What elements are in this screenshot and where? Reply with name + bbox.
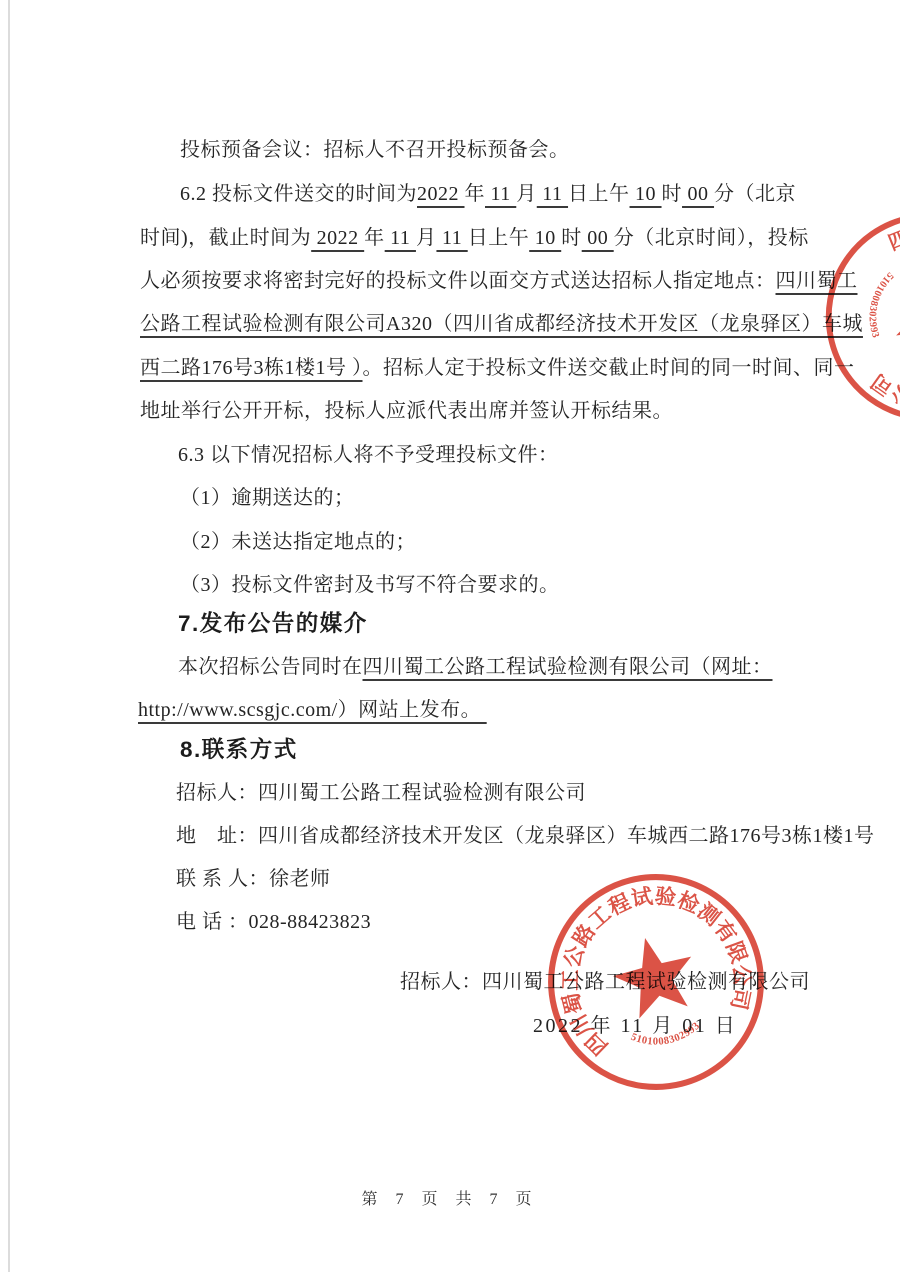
- line-announcement-website-2: http://www.scsgjc.com/）网站上发布。: [138, 696, 487, 724]
- text-segment: 月: [516, 183, 537, 205]
- text-segment: 分（北京: [714, 183, 796, 205]
- text-segment: 电 话 ：028-88423823: [176, 911, 371, 933]
- text-segment: （3）投标文件密封及书写不符合要求的。: [180, 574, 560, 596]
- line-6-2-delivery-place-2: 公路工程试验检测有限公司A320（四川省成都经济技术开发区（龙泉驿区）车城: [140, 310, 863, 338]
- text-segment: 投标预备会议：招标人不召开投标预备会。: [180, 139, 570, 161]
- line-6-2-open-bid: 地址举行公开开标，投标人应派代表出席并签认开标结果。: [140, 397, 673, 425]
- stamp-serial-number: 5101008302993: [862, 267, 897, 342]
- text-segment: 6.2 投标文件送交的时间为: [180, 183, 417, 205]
- line-item-2-wrong-place: （2）未送达指定地点的；: [180, 528, 416, 556]
- text-segment: （1）逾期送达的；: [180, 487, 355, 509]
- line-item-1-overdue: （1）逾期送达的；: [180, 484, 355, 512]
- signature-date-line: 2022 年 11 月 01 日: [533, 1012, 737, 1040]
- underlined-blank: http://www.scsgjc.com/）网站上发布。: [138, 699, 487, 721]
- underlined-blank: 西二路176号3栋1楼1号 ）: [140, 357, 363, 379]
- line-item-3-bad-seal: （3）投标文件密封及书写不符合要求的。: [180, 571, 560, 599]
- scan-edge-line: [8, 0, 10, 1272]
- text-segment: 日上午: [468, 227, 530, 249]
- line-6-3-rejection-intro: 6.3 以下情况招标人将不予受理投标文件：: [178, 441, 559, 469]
- underlined-blank: 10: [529, 227, 561, 249]
- document-page: 投标预备会议：招标人不召开投标预备会。 6.2 投标文件送交的时间为2022 年…: [0, 0, 900, 1272]
- line-6-2-delivery-place-3: 西二路176号3栋1楼1号 ）。招标人定于投标文件送交截止时间的同一时间、同一: [140, 354, 855, 382]
- text-segment: 地 址：四川省成都经济技术开发区（龙泉驿区）车城西二路176号3栋1楼1号: [176, 825, 875, 847]
- signature-tenderer-line: 招标人：四川蜀工公路工程试验检测有限公司: [400, 968, 810, 996]
- text-segment: 年: [364, 227, 385, 249]
- underlined-blank: 10: [630, 183, 662, 205]
- text-segment: 日上午: [568, 183, 630, 205]
- text-segment: 月: [416, 227, 437, 249]
- underlined-blank: 11: [537, 183, 568, 205]
- heading-section-7-media: 7.发布公告的媒介: [178, 610, 368, 638]
- svg-text:5101008302993: 5101008302993: [862, 267, 897, 342]
- text-segment: 招标人：四川蜀工公路工程试验检测有限公司: [400, 971, 810, 993]
- text-segment: （2）未送达指定地点的；: [180, 531, 416, 553]
- underlined-blank: 11: [385, 227, 416, 249]
- text-segment: 分（北京时间），投标: [614, 227, 809, 249]
- text-segment: 本次招标公告同时在: [178, 656, 363, 678]
- line-6-2-submission-time-1: 6.2 投标文件送交的时间为2022 年 11 月 11 日上午 10 时 00…: [180, 180, 796, 208]
- text-segment: 7.发布公告的媒介: [178, 611, 368, 636]
- line-contact-address: 地 址：四川省成都经济技术开发区（龙泉驿区）车城西二路176号3栋1楼1号: [176, 822, 875, 850]
- line-contact-tenderer: 招标人：四川蜀工公路工程试验检测有限公司: [176, 779, 586, 807]
- line-6-2-delivery-place-1: 人必须按要求将密封完好的投标文件以面交方式送达招标人指定地点：四川蜀工: [140, 267, 858, 295]
- underlined-blank: 公路工程试验检测有限公司A320（四川省成都经济技术开发区（龙泉驿区）车城: [140, 313, 863, 335]
- underlined-blank: 11: [485, 183, 516, 205]
- text-segment: 人必须按要求将密封完好的投标文件以面交方式送达招标人指定地点：: [140, 270, 776, 292]
- underlined-blank: 四川蜀工公路工程试验检测有限公司（网址：: [363, 656, 773, 678]
- text-segment: 8.联系方式: [180, 737, 298, 762]
- line-6-2-submission-time-2: 时间)，截止时间为 2022 年 11 月 11 日上午 10 时 00 分（北…: [140, 224, 809, 252]
- line-contact-phone: 电 话 ：028-88423823: [176, 908, 371, 936]
- text-segment: 地址举行公开开标，投标人应派代表出席并签认开标结果。: [140, 400, 673, 422]
- text-segment: 年: [465, 183, 486, 205]
- text-segment: 2022 年 11 月 01 日: [533, 1015, 737, 1037]
- underlined-blank: 2022: [311, 227, 364, 249]
- underlined-blank: 00: [682, 183, 714, 205]
- text-segment: 联 系 人：徐老师: [176, 868, 331, 890]
- text-segment: 时: [662, 183, 683, 205]
- line-bid-preparatory-meeting: 投标预备会议：招标人不召开投标预备会。: [180, 136, 570, 164]
- line-announcement-website-1: 本次招标公告同时在四川蜀工公路工程试验检测有限公司（网址：: [178, 653, 773, 681]
- footer-page-number: 第 7 页 共 7 页: [0, 1186, 900, 1209]
- text-segment: 时间)，截止时间为: [140, 227, 311, 249]
- text-segment: 6.3 以下情况招标人将不予受理投标文件：: [178, 444, 559, 466]
- underlined-blank: 2022: [417, 183, 465, 205]
- line-contact-person: 联 系 人：徐老师: [176, 865, 331, 893]
- text-segment: 时: [561, 227, 582, 249]
- underlined-blank: 四川蜀工: [776, 270, 858, 292]
- text-segment: 招标人：四川蜀工公路工程试验检测有限公司: [176, 782, 586, 804]
- underlined-blank: 11: [436, 227, 467, 249]
- heading-section-8-contact: 8.联系方式: [180, 736, 298, 764]
- underlined-blank: 00: [582, 227, 614, 249]
- star-icon: [894, 273, 900, 362]
- text-segment: 。招标人定于投标文件送交截止时间的同一时间、同一: [363, 357, 855, 379]
